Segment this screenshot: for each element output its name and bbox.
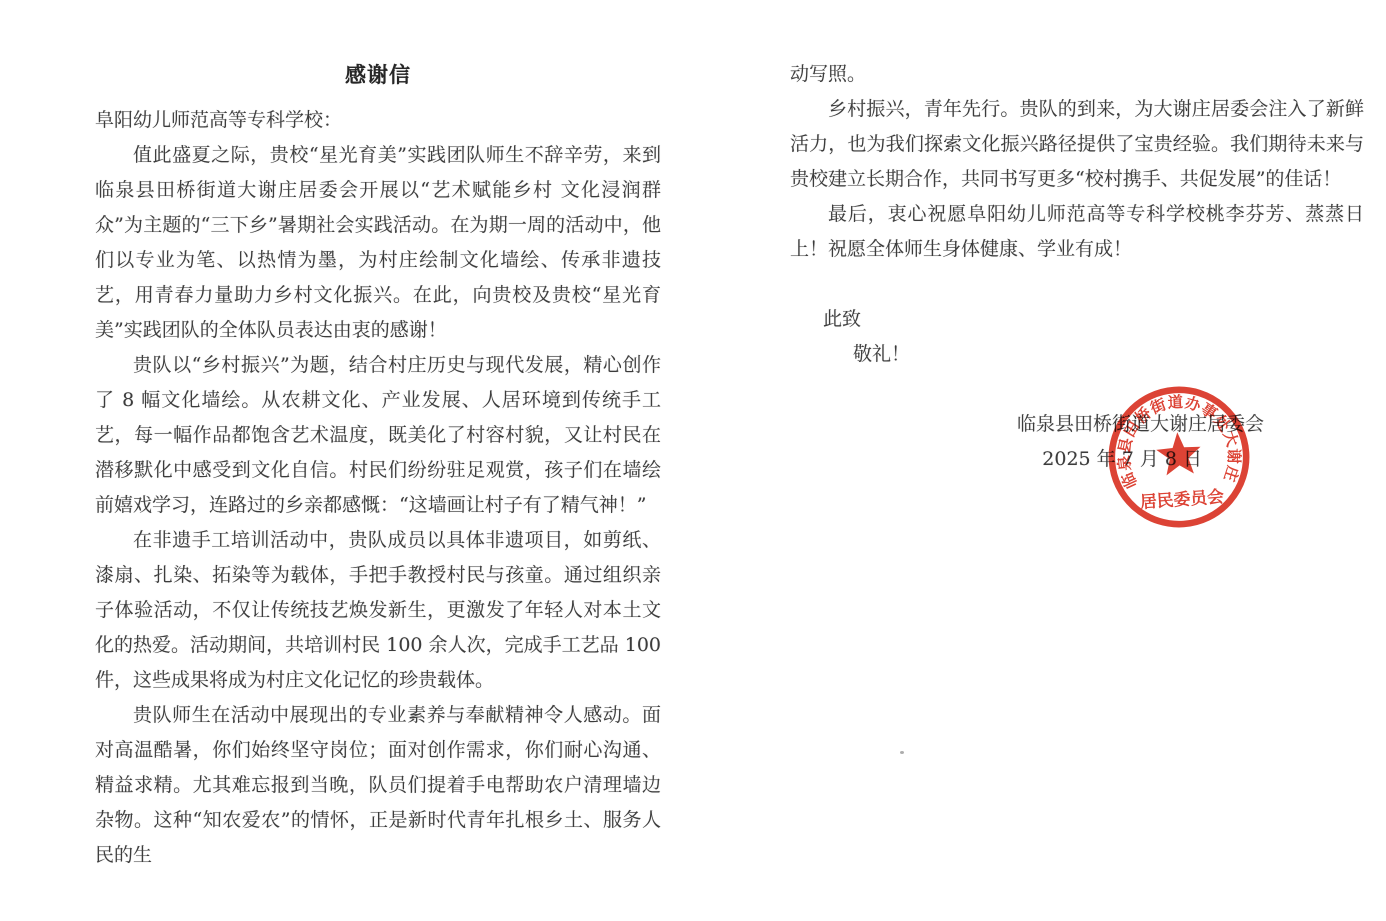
paragraph-1: 值此盛夏之际，贵校“星光育美”实践团队师生不辞辛劳，来到临泉县田桥街道大谢庄居委…: [95, 138, 661, 348]
signature-line: 临泉县田桥街道大谢庄居委会: [790, 407, 1364, 442]
letter-page-right: 动写照。 乡村振兴，青年先行。贵队的到来，为大谢庄居委会注入了新鲜活力，也为我们…: [790, 57, 1364, 477]
closing-phrase: 此致: [790, 302, 1364, 337]
signature-block: 临泉县田桥街道大谢庄居委会 2025 年 7 月 8 日: [790, 407, 1364, 477]
salutation: 阜阳幼儿师范高等专科学校：: [95, 103, 661, 138]
scan-noise-speck: [900, 751, 904, 754]
paragraph-3: 在非遗手工培训活动中，贵队成员以具体非遗项目，如剪纸、漆扇、扎染、拓染等为载体，…: [95, 523, 661, 698]
official-seal: 临泉县田桥街道办事处大谢庄 居民委员会: [1101, 379, 1257, 535]
seal-bottom-text: 居民委员会: [1139, 486, 1224, 512]
date-line: 2025 年 7 月 8 日: [790, 442, 1364, 477]
paragraph-5: 乡村振兴，青年先行。贵队的到来，为大谢庄居委会注入了新鲜活力，也为我们探索文化振…: [790, 92, 1364, 197]
paragraph-6: 最后，衷心祝愿阜阳幼儿师范高等专科学校桃李芬芳、蒸蒸日上！祝愿全体师生身体健康、…: [790, 197, 1364, 267]
continuation-line: 动写照。: [790, 57, 1364, 92]
letter-page-left: 感谢信 阜阳幼儿师范高等专科学校： 值此盛夏之际，贵校“星光育美”实践团队师生不…: [95, 58, 661, 873]
paragraph-4: 贵队师生在活动中展现出的专业素养与奉献精神令人感动。面对高温酷暑，你们始终坚守岗…: [95, 698, 661, 873]
salute-phrase: 敬礼！: [790, 337, 1364, 372]
paragraph-2: 贵队以“乡村振兴”为题，结合村庄历史与现代发展，精心创作了 8 幅文化墙绘。从农…: [95, 348, 661, 523]
seal-star-icon: [1155, 431, 1202, 476]
letter-title: 感谢信: [95, 58, 661, 92]
scanned-letter: 感谢信 阜阳幼儿师范高等专科学校： 值此盛夏之际，贵校“星光育美”实践团队师生不…: [0, 0, 1386, 921]
